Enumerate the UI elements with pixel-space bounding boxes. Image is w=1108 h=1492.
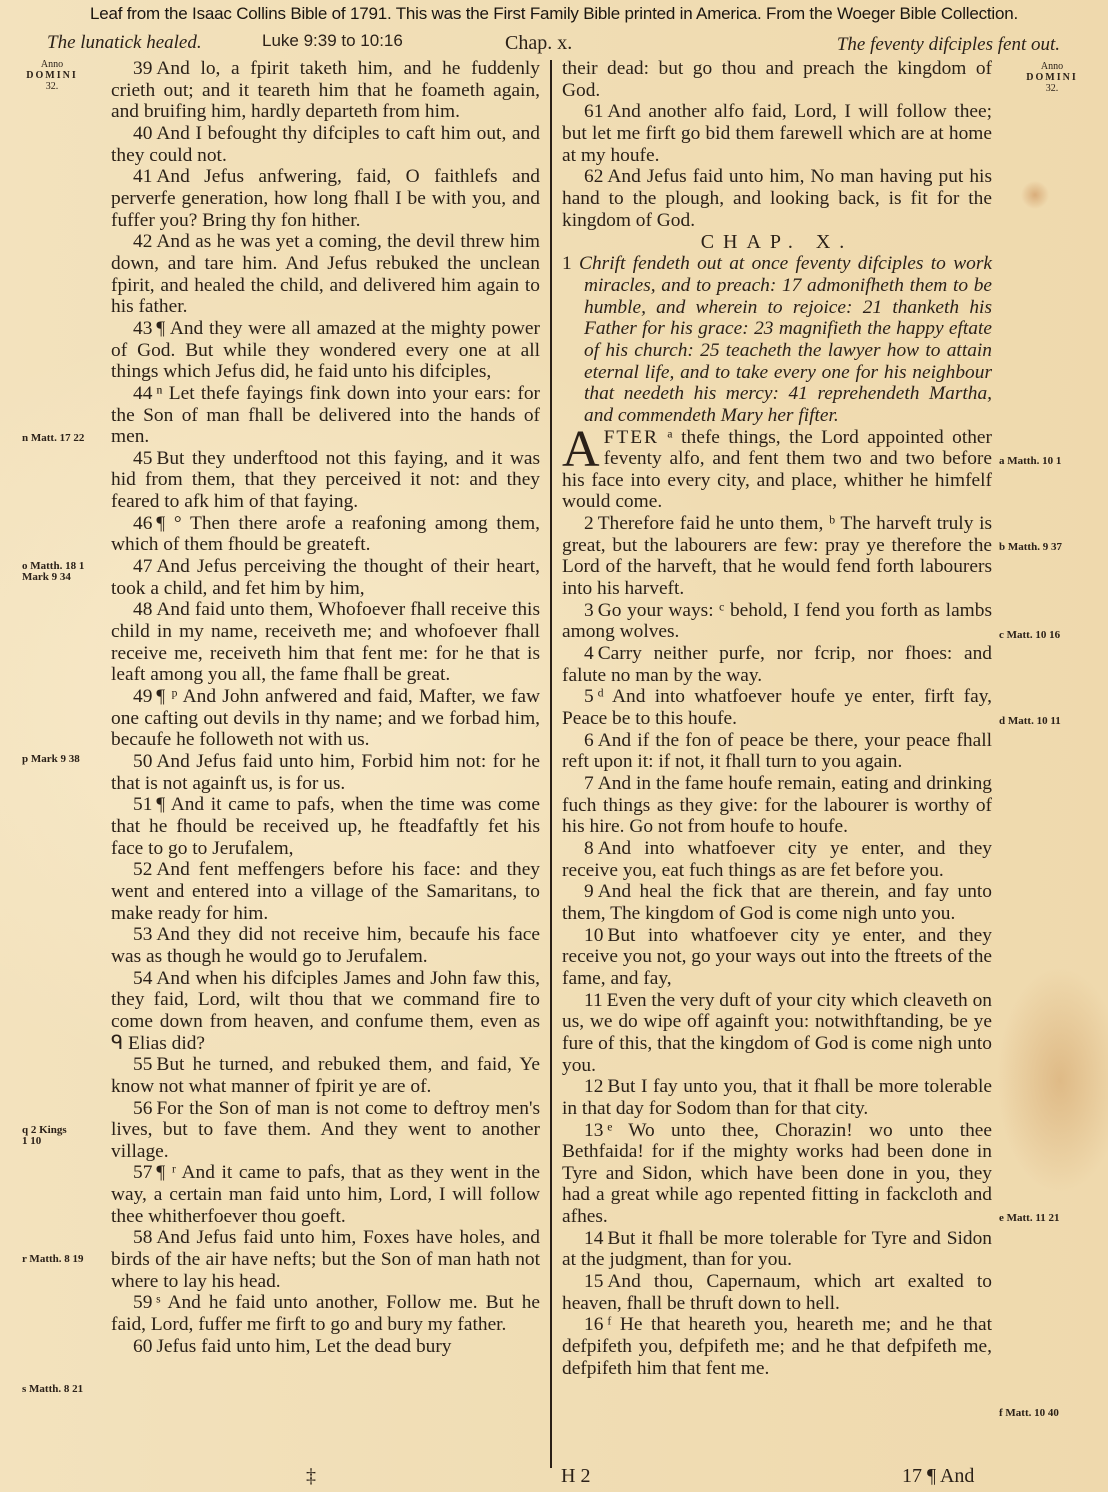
verse-text: But it fhall be more tolerable for Tyre … xyxy=(562,1228,992,1271)
verse-text: ¶ And it came to pafs, when the time was… xyxy=(111,794,540,858)
margin-reference: p Mark 9 38 xyxy=(22,753,80,765)
continuation-text: their dead: but go thou and preach the k… xyxy=(562,58,992,101)
verse: 7And in the fame houfe remain, eating an… xyxy=(562,773,992,838)
verse: 45But they underftood not this faying, a… xyxy=(111,448,540,513)
verse-text: And thou, Capernaum, which art exalted t… xyxy=(562,1271,992,1314)
verse-number: 16 xyxy=(584,1314,603,1335)
margin-reference: e Matt. 11 21 xyxy=(999,1212,1059,1224)
verse: 46¶ ° Then there arofe a reafoning among… xyxy=(111,513,540,556)
domini-label: DOMINI xyxy=(1020,72,1084,83)
verse-text: And when his difciples James and John fa… xyxy=(111,968,540,1054)
verse-number: 49 xyxy=(133,686,152,707)
margin-reference: b Matth. 9 37 xyxy=(999,541,1062,553)
summary-text: Chrift fendeth out at once feventy difci… xyxy=(579,253,992,426)
verse-text: And in the fame houfe remain, eating and… xyxy=(562,773,992,837)
verse-number: 58 xyxy=(133,1227,152,1248)
verse: 57¶ ʳ And it came to pafs, that as they … xyxy=(111,1162,540,1227)
verse-number: 60 xyxy=(133,1336,152,1357)
verse: 47And Jefus perceiving the thought of th… xyxy=(111,556,540,599)
verse-text: But they underftood not this faying, and… xyxy=(111,448,540,512)
verse: 10But into whatfoever city ye enter, and… xyxy=(562,925,992,990)
verse: 48And faid unto them, Whofoever fhall re… xyxy=(111,599,540,686)
verse-number: 55 xyxy=(133,1054,152,1075)
verse: 51¶ And it came to pafs, when the time w… xyxy=(111,794,540,859)
verse: 2Therefore faid he unto them, ᵇ The harv… xyxy=(562,513,992,600)
verse: 59ˢ And he faid unto another, Follow me.… xyxy=(111,1292,540,1335)
verse-number: 9 xyxy=(584,881,594,902)
left-column: 39And lo, a fpirit taketh him, and he fu… xyxy=(111,58,540,1357)
verse: 13ᵉ Wo unto thee, Chorazin! wo unto thee… xyxy=(562,1120,992,1228)
anno-domini-right: Anno DOMINI 32. xyxy=(1020,61,1084,94)
verse-number: 14 xyxy=(584,1228,603,1249)
verse: 61And another alfo faid, Lord, I will fo… xyxy=(562,101,992,166)
verse-text: ¶ ᵖ And John anfwered and faid, Mafter, … xyxy=(111,686,540,750)
running-head-left: The lunatick healed. xyxy=(47,32,202,54)
verse: 14But it fhall be more tolerable for Tyr… xyxy=(562,1228,992,1271)
verse-number: 62 xyxy=(584,166,603,187)
verse: 56For the Son of man is not come to deft… xyxy=(111,1098,540,1163)
verse-text: ¶ ʳ And it came to pafs, that as they we… xyxy=(111,1162,540,1226)
verse-number: 12 xyxy=(584,1076,603,1097)
margin-reference: n Matt. 17 22 xyxy=(22,432,84,444)
verse-text: And I befought thy difciples to caft him… xyxy=(111,123,540,166)
verses-after-chapter: 2Therefore faid he unto them, ᵇ The harv… xyxy=(562,513,992,1379)
verse: 50And Jefus faid unto him, Forbid him no… xyxy=(111,751,540,794)
verse-number: 46 xyxy=(133,513,152,534)
anno-domini-left: Anno DOMINI 32. xyxy=(20,59,84,92)
verse-text: And Jefus faid unto him, Forbid him not:… xyxy=(111,751,540,794)
first-verse: A FTER ᵃ thefe things, the Lord appointe… xyxy=(562,427,992,514)
verse-number: 2 xyxy=(584,513,594,534)
verse-number: 44 xyxy=(133,383,152,404)
margin-reference: a Matth. 10 1 xyxy=(999,455,1061,467)
margin-reference: 1 10 xyxy=(22,1135,41,1147)
passage-reference: Luke 9:39 to 10:16 xyxy=(262,31,403,51)
verse-text: And Jefus anfwering, faid, O faithlefs a… xyxy=(111,166,540,230)
verse-number: 11 xyxy=(584,990,603,1011)
verse-text: And lo, a fpirit taketh him, and he fudd… xyxy=(111,58,540,122)
verse-text: And into whatfoever city ye enter, and t… xyxy=(562,838,992,881)
verse-text: Jefus faid unto him, Let the dead bury xyxy=(156,1336,451,1357)
verse-number: 7 xyxy=(584,773,594,794)
verse: 43¶ And they were all amazed at the migh… xyxy=(111,318,540,383)
verse-number: 48 xyxy=(133,599,152,620)
verse-number: 15 xyxy=(584,1271,603,1292)
margin-reference: f Matt. 10 40 xyxy=(999,1407,1059,1419)
verse-text: ᶠ He that heareth you, heareth me; and h… xyxy=(562,1314,992,1378)
image-caption: Leaf from the Isaac Collins Bible of 179… xyxy=(0,4,1108,24)
verse: 41And Jefus anfwering, faid, O faithlefs… xyxy=(111,166,540,231)
anno-label: Anno xyxy=(20,59,84,70)
verse-number: 45 xyxy=(133,448,152,469)
verse-number: 40 xyxy=(133,123,152,144)
verse: 39And lo, a fpirit taketh him, and he fu… xyxy=(111,58,540,123)
anno-label: Anno xyxy=(1020,61,1084,72)
verse-text: And fent meffengers before his face: and… xyxy=(111,859,540,923)
anno-year: 32. xyxy=(20,81,84,92)
verse-number: 43 xyxy=(133,318,152,339)
margin-reference: r Matth. 8 19 xyxy=(22,1253,84,1265)
verse-number: 57 xyxy=(133,1162,152,1183)
verse-number: 8 xyxy=(584,838,594,859)
chapter-heading: CHAP. X. xyxy=(562,231,992,253)
verse-text: Therefore faid he unto them, ᵇ The harve… xyxy=(562,513,992,599)
verse: 49¶ ᵖ And John anfwered and faid, Mafter… xyxy=(111,686,540,751)
verse-text: ˢ And he faid unto another, Follow me. B… xyxy=(111,1292,540,1335)
margin-reference: s Matth. 8 21 xyxy=(22,1383,83,1395)
verse-number: 56 xyxy=(133,1098,152,1119)
summary-number: 1 xyxy=(562,253,572,274)
verse: 4Carry neither purfe, nor fcrip, nor fho… xyxy=(562,643,992,686)
verse-text: But into whatfoever city ye enter, and t… xyxy=(562,925,992,989)
verse-text: And faid unto them, Whofoever fhall rece… xyxy=(111,599,540,685)
verse-text: But he turned, and rebuked them, and fai… xyxy=(111,1054,540,1097)
verse-text: And Jefus faid unto him, No man having p… xyxy=(562,166,992,230)
verse-number: 10 xyxy=(584,925,603,946)
running-head-right: The feventy difciples fent out. xyxy=(837,34,1060,56)
verse-text: Carry neither purfe, nor fcrip, nor fhoe… xyxy=(562,643,992,686)
verse-number: 50 xyxy=(133,751,152,772)
verse-number: 51 xyxy=(133,794,152,815)
verse: 15And thou, Capernaum, which art exalted… xyxy=(562,1271,992,1314)
verse-text: ᵈ And into whatfoever houfe ye enter, fi… xyxy=(562,686,992,729)
verse: 55But he turned, and rebuked them, and f… xyxy=(111,1054,540,1097)
verse: 52And fent meffengers before his face: a… xyxy=(111,859,540,924)
verse-text: And Jefus faid unto him, Foxes have hole… xyxy=(111,1227,540,1291)
verse: 58And Jefus faid unto him, Foxes have ho… xyxy=(111,1227,540,1292)
verse-text: And as he was yet a coming, the devil th… xyxy=(111,231,540,317)
verse-number: 42 xyxy=(133,231,152,252)
margin-reference: Mark 9 34 xyxy=(22,571,71,583)
verse-number: 54 xyxy=(133,968,152,989)
verse-number: 39 xyxy=(133,58,152,79)
domini-label: DOMINI xyxy=(20,70,84,81)
verse-text: Even the very duft of your city which cl… xyxy=(562,990,992,1076)
verse: 9And heal the fick that are therein, and… xyxy=(562,881,992,924)
verse: 6And if the fon of peace be there, your … xyxy=(562,730,992,773)
verse-number: 59 xyxy=(133,1292,152,1313)
column-divider xyxy=(550,60,552,1468)
chapter-summary: 1 Chrift fendeth out at once feventy dif… xyxy=(562,253,992,426)
verse-text: ⁿ Let thefe fayings fink down into your … xyxy=(111,383,540,447)
chapter-label: Chap. x. xyxy=(505,32,572,55)
dagger-mark: ‡ xyxy=(306,1465,316,1488)
verse: 54And when his difciples James and John … xyxy=(111,968,540,1055)
anno-year: 32. xyxy=(1020,83,1084,94)
verse-text: ¶ ° Then there arofe a reafoning among t… xyxy=(111,513,540,556)
verse-text: And if the fon of peace be there, your p… xyxy=(562,730,992,773)
verse-number: 13 xyxy=(584,1120,603,1141)
verse: 5ᵈ And into whatfoever houfe ye enter, f… xyxy=(562,686,992,729)
verse: 42And as he was yet a coming, the devil … xyxy=(111,231,540,318)
verse: 3Go your ways: ᶜ behold, I fend you fort… xyxy=(562,600,992,643)
verse: 8And into whatfoever city ye enter, and … xyxy=(562,838,992,881)
verse: 53And they did not receive him, becaufe … xyxy=(111,924,540,967)
verse-text: And Jefus perceiving the thought of thei… xyxy=(111,556,540,599)
verse-number: 52 xyxy=(133,859,152,880)
verse-text: But I fay unto you, that it fhall be mor… xyxy=(562,1076,992,1119)
verse-text: ᵉ Wo unto thee, Chorazin! wo unto thee B… xyxy=(562,1120,992,1228)
verse-number: 5 xyxy=(584,686,594,707)
verse-number: 61 xyxy=(584,101,603,122)
verse-text: For the Son of man is not come to deftro… xyxy=(111,1098,540,1162)
verse-number: 53 xyxy=(133,924,152,945)
margin-reference: c Matt. 10 16 xyxy=(999,629,1060,641)
first-word-rest: FTER xyxy=(604,427,659,448)
running-head: The lunatick healed. Luke 9:39 to 10:16 … xyxy=(0,30,1108,56)
verse: 16ᶠ He that heareth you, heareth me; and… xyxy=(562,1314,992,1379)
verse-text: Go your ways: ᶜ behold, I fend you forth… xyxy=(562,600,992,643)
verse: 60Jefus faid unto him, Let the dead bury xyxy=(111,1336,540,1358)
verse-number: 4 xyxy=(584,643,594,664)
verse-text: And they did not receive him, becaufe hi… xyxy=(111,924,540,967)
verse-number: 3 xyxy=(584,600,594,621)
verse-number: 47 xyxy=(133,556,152,577)
verse-number: 41 xyxy=(133,166,152,187)
right-column: their dead: but go thou and preach the k… xyxy=(562,58,992,1379)
verse-text: And heal the fick that are therein, and … xyxy=(562,881,992,924)
verse: 11Even the very duft of your city which … xyxy=(562,990,992,1077)
verse: 44ⁿ Let thefe fayings fink down into you… xyxy=(111,383,540,448)
verses-before-chapter: 61And another alfo faid, Lord, I will fo… xyxy=(562,101,992,231)
signature-mark: H 2 xyxy=(561,1465,590,1488)
verse-number: 6 xyxy=(584,730,594,751)
verse: 40And I befought thy difciples to caft h… xyxy=(111,123,540,166)
catchword: 17 ¶ And xyxy=(902,1465,974,1488)
verse: 12But I fay unto you, that it fhall be m… xyxy=(562,1076,992,1119)
drop-cap: A xyxy=(562,430,600,470)
verse-text: And another alfo faid, Lord, I will foll… xyxy=(562,101,992,165)
verse: 62And Jefus faid unto him, No man having… xyxy=(562,166,992,231)
margin-reference: d Matt. 10 11 xyxy=(999,715,1061,727)
verse-text: ¶ And they were all amazed at the mighty… xyxy=(111,318,540,382)
